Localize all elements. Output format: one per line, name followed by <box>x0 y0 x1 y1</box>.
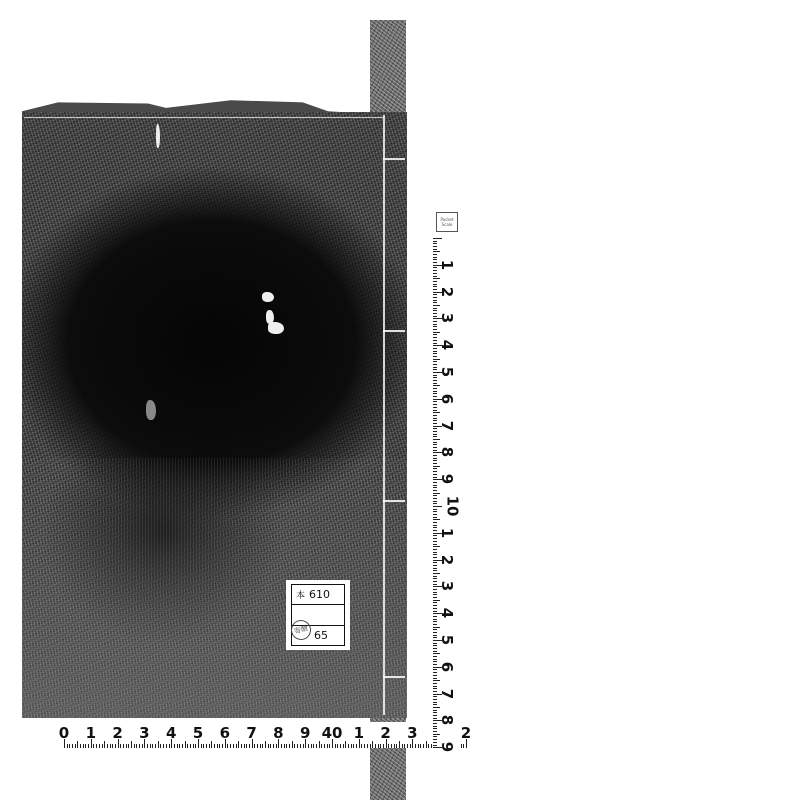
ruler-number: 1 <box>438 528 456 538</box>
ruler-tick <box>316 744 317 748</box>
ruler-tick <box>433 404 437 405</box>
ruler-number: 7 <box>246 724 256 742</box>
ruler-tick <box>433 645 437 646</box>
ruler-tick <box>433 284 437 285</box>
ruler-tick <box>433 624 437 625</box>
ruler-tick <box>345 741 346 748</box>
label-mark: 本 <box>296 588 305 601</box>
ruler-tick <box>433 273 437 274</box>
cover-damage-spot <box>268 322 284 334</box>
ruler-tick <box>433 251 440 252</box>
cover-border-line <box>24 117 384 118</box>
ruler-tick <box>433 423 437 424</box>
book-scan: 本 610 65 寄贈 01234567894012342 1234567891… <box>0 0 800 800</box>
ruler-tick <box>276 744 277 748</box>
ruler-tick <box>281 744 282 748</box>
ruler-number: 2 <box>380 724 390 742</box>
ruler-tick <box>77 741 78 748</box>
ruler-tick <box>433 407 437 408</box>
ruler-tick <box>433 584 437 585</box>
ruler-tick <box>433 589 437 590</box>
ruler-tick <box>433 276 437 277</box>
ruler-tick <box>249 744 250 748</box>
ruler-tick <box>433 686 437 687</box>
ruler-tick <box>433 605 437 606</box>
ruler-tick <box>433 257 437 258</box>
ruler-tick <box>238 741 239 748</box>
ruler-tick <box>433 731 437 732</box>
ruler-tick <box>433 495 437 496</box>
ruler-tick <box>433 286 437 287</box>
ruler-number: 0 <box>59 724 69 742</box>
ruler-number: 2 <box>438 554 456 564</box>
ruler-tick <box>433 680 440 681</box>
ruler-tick <box>433 415 437 416</box>
ruler-tick <box>433 259 437 260</box>
ruler-tick <box>433 745 437 746</box>
ruler-tick <box>147 744 148 748</box>
label-row-1: 本 610 <box>292 585 344 605</box>
ruler-tick <box>433 616 437 617</box>
ruler-tick <box>433 477 437 478</box>
ruler-tick <box>131 741 132 748</box>
ruler-number: 8 <box>273 724 283 742</box>
ruler-tick <box>433 653 440 654</box>
ruler-number: 5 <box>193 724 203 742</box>
ruler-tick <box>270 744 271 748</box>
ruler-tick <box>399 741 400 748</box>
ruler-tick <box>433 329 437 330</box>
ruler-tick <box>227 744 228 748</box>
ruler-number: 40 <box>322 724 343 742</box>
ruler-tick <box>433 525 437 526</box>
ruler-tick <box>152 744 153 748</box>
ruler-tick <box>433 568 437 569</box>
ruler-tick <box>426 741 427 748</box>
ruler-tick <box>308 744 309 748</box>
ruler-tick <box>433 302 437 303</box>
ruler-tick <box>209 744 210 748</box>
ruler-tick <box>433 635 437 636</box>
ruler-tick <box>433 294 437 295</box>
ruler-tick <box>415 744 416 748</box>
ruler-tick <box>433 541 437 542</box>
binding-stitch <box>383 500 405 502</box>
ruler-tick <box>433 546 440 547</box>
ruler-tick <box>136 744 137 748</box>
ruler-tick <box>433 326 437 327</box>
ruler-tick <box>177 744 178 748</box>
binding-stitch <box>383 676 405 678</box>
ruler-number: 6 <box>438 662 456 672</box>
ruler-tick <box>433 517 437 518</box>
ruler-tick <box>321 744 322 748</box>
ruler-tick <box>433 530 437 531</box>
ruler-tick <box>219 744 220 748</box>
ruler-tick <box>96 744 97 748</box>
binding-stitch <box>383 158 405 160</box>
ruler-tick <box>433 297 437 298</box>
ruler-tick <box>244 744 245 748</box>
ruler-tick <box>433 420 437 421</box>
ruler-tick <box>433 412 440 413</box>
ruler-number: 3 <box>139 724 149 742</box>
catalog-label: 本 610 65 <box>286 580 350 650</box>
ruler-tick <box>128 744 129 748</box>
ruler-tick <box>233 744 234 748</box>
ruler-brand-box: Pocket Scale <box>436 212 458 232</box>
ruler-tick <box>433 683 437 684</box>
ruler-tick <box>383 744 384 748</box>
ruler-tick <box>120 744 121 748</box>
ruler-tick <box>433 367 437 368</box>
ruler-tick <box>463 744 464 748</box>
ruler-tick <box>268 744 269 748</box>
ruler-tick <box>433 450 437 451</box>
ruler-tick <box>150 744 151 748</box>
ruler-number: 9 <box>438 742 456 752</box>
ruler-tick <box>174 744 175 748</box>
ruler-tick <box>110 744 111 748</box>
ruler-tick <box>433 434 437 435</box>
ruler-tick <box>214 744 215 748</box>
ruler-tick <box>433 337 437 338</box>
ruler-tick <box>433 659 437 660</box>
ruler-tick <box>410 744 411 748</box>
ruler-tick <box>433 353 437 354</box>
ruler-tick <box>433 334 437 335</box>
ruler-tick <box>433 474 437 475</box>
ruler-tick <box>433 324 437 325</box>
ruler-tick <box>187 744 188 748</box>
vertical-scale-ruler: 12345678910123456789 <box>433 212 459 748</box>
ruler-tick <box>388 744 389 748</box>
ruler-tick <box>236 744 237 748</box>
ruler-tick <box>211 741 212 748</box>
ruler-tick <box>433 549 437 550</box>
ruler-tick <box>433 466 440 467</box>
ruler-number: 2 <box>461 724 471 742</box>
ruler-tick <box>433 704 437 705</box>
ruler-tick <box>112 744 113 748</box>
ruler-tick <box>433 656 437 657</box>
ruler-tick <box>433 728 437 729</box>
ruler-tick <box>102 744 103 748</box>
ruler-tick <box>433 238 442 239</box>
ruler-tick <box>433 552 437 553</box>
ruler-number: 9 <box>438 474 456 484</box>
ruler-tick <box>67 744 68 748</box>
ruler-tick <box>104 741 105 748</box>
ruler-tick <box>433 410 437 411</box>
ruler-tick <box>433 369 437 370</box>
ruler-tick <box>179 744 180 748</box>
ruler-tick <box>294 744 295 748</box>
ruler-tick <box>356 744 357 748</box>
ruler-tick <box>335 744 336 748</box>
ruler-tick <box>433 675 437 676</box>
ruler-tick <box>433 712 437 713</box>
ruler-tick <box>182 744 183 748</box>
ruler-number: 5 <box>438 635 456 645</box>
ruler-tick <box>246 744 247 748</box>
ruler-tick <box>433 254 437 255</box>
ruler-tick <box>402 744 403 748</box>
ruler-tick <box>404 744 405 748</box>
ruler-tick <box>433 356 437 357</box>
ruler-tick <box>361 744 362 748</box>
ruler-tick <box>190 744 191 748</box>
ruler-tick <box>286 744 287 748</box>
ruler-tick <box>433 514 437 515</box>
ruler-number: 4 <box>438 608 456 618</box>
ruler-tick <box>433 702 437 703</box>
ruler-tick <box>262 744 263 748</box>
ruler-number: 5 <box>438 367 456 377</box>
ruler-tick <box>433 511 437 512</box>
ruler-tick <box>260 744 261 748</box>
ruler-tick <box>348 744 349 748</box>
ruler-tick <box>433 715 437 716</box>
ruler-tick <box>391 744 392 748</box>
ruler-tick <box>69 744 70 748</box>
ruler-tick <box>433 332 440 333</box>
ruler-number: 1 <box>86 724 96 742</box>
ruler-tick <box>433 503 437 504</box>
horizontal-scale-ruler: 01234567894012342 <box>56 722 452 748</box>
ruler-tick <box>433 340 437 341</box>
ruler-tick <box>433 691 437 692</box>
ruler-tick <box>433 375 437 376</box>
ruler-tick <box>241 744 242 748</box>
ruler-tick <box>423 744 424 748</box>
cover-worn-spot <box>146 400 156 420</box>
ruler-tick <box>433 594 437 595</box>
ruler-tick <box>433 313 437 314</box>
ruler-tick <box>327 744 328 748</box>
ruler-tick <box>265 741 266 748</box>
ruler-tick <box>99 744 100 748</box>
ruler-tick <box>123 744 124 748</box>
cover-damage-spot <box>262 292 274 302</box>
ruler-tick <box>433 343 437 344</box>
ruler-tick <box>134 744 135 748</box>
ruler-tick <box>433 696 437 697</box>
ruler-tick <box>324 744 325 748</box>
ruler-tick <box>433 289 437 290</box>
ruler-tick <box>166 744 167 748</box>
ruler-tick <box>433 527 437 528</box>
ruler-tick <box>93 744 94 748</box>
ruler-tick <box>343 744 344 748</box>
ruler-tick <box>292 741 293 748</box>
ruler-number: 2 <box>438 286 456 296</box>
ruler-tick <box>107 744 108 748</box>
ruler-tick <box>433 249 437 250</box>
ruler-tick <box>351 744 352 748</box>
ruler-tick <box>433 619 437 620</box>
ruler-number: 9 <box>300 724 310 742</box>
ruler-tick <box>420 744 421 748</box>
ruler-tick <box>203 744 204 748</box>
ruler-tick <box>433 431 437 432</box>
ruler-tick <box>433 621 437 622</box>
ruler-tick <box>433 637 437 638</box>
ruler-tick <box>319 741 320 748</box>
ruler-tick <box>337 744 338 748</box>
ruler-tick <box>85 744 86 748</box>
ruler-tick <box>433 436 437 437</box>
ruler-tick <box>433 538 437 539</box>
ruler-tick <box>433 661 437 662</box>
ruler-tick <box>257 744 258 748</box>
ruler-tick <box>169 744 170 748</box>
ruler-tick <box>367 744 368 748</box>
ruler-tick <box>297 744 298 748</box>
ruler-tick <box>433 418 437 419</box>
ruler-tick <box>80 744 81 748</box>
ruler-number: 4 <box>438 340 456 350</box>
ruler-tick <box>433 576 437 577</box>
ruler-tick <box>433 643 437 644</box>
ruler-tick <box>378 744 379 748</box>
ruler-tick <box>433 718 437 719</box>
label-call-number: 610 <box>309 588 330 601</box>
ruler-tick <box>433 281 437 282</box>
ruler-number: 3 <box>407 724 417 742</box>
ruler-tick <box>433 380 437 381</box>
ruler-number: 1 <box>438 260 456 270</box>
ruler-tick <box>433 278 440 279</box>
ruler-number: 4 <box>166 724 176 742</box>
ruler-number: 2 <box>112 724 122 742</box>
ruler-tick <box>433 361 437 362</box>
ruler-tick <box>380 744 381 748</box>
ruler-tick <box>126 744 127 748</box>
ruler-tick <box>284 744 285 748</box>
ruler-tick <box>433 493 440 494</box>
ruler-tick <box>433 241 437 242</box>
ruler-tick <box>115 744 116 748</box>
ruler-number: 7 <box>438 420 456 430</box>
ruler-tick <box>394 744 395 748</box>
ruler-tick <box>372 741 373 748</box>
ruler-tick <box>433 316 437 317</box>
ruler-tick <box>83 744 84 748</box>
ruler-tick <box>222 744 223 748</box>
ruler-tick <box>433 310 437 311</box>
ruler-tick <box>217 744 218 748</box>
ruler-tick <box>418 744 419 748</box>
ruler-tick <box>433 458 437 459</box>
ruler-tick <box>433 554 437 555</box>
ruler-tick <box>433 401 437 402</box>
ruler-tick <box>431 744 432 748</box>
ruler-tick <box>433 396 437 397</box>
ruler-tick <box>433 359 440 360</box>
ruler-tick <box>433 270 437 271</box>
ruler-tick <box>396 744 397 748</box>
cover-scratch <box>156 124 160 148</box>
ruler-number: 8 <box>438 715 456 725</box>
ruler-tick <box>142 744 143 748</box>
ruler-tick <box>433 351 437 352</box>
ruler-tick <box>201 744 202 748</box>
ruler-tick <box>433 535 437 536</box>
ruler-tick <box>433 485 437 486</box>
ruler-tick <box>433 664 437 665</box>
ruler-tick <box>340 744 341 748</box>
ruler-number: 10 <box>443 496 461 517</box>
ruler-tick <box>433 447 437 448</box>
ruler-tick <box>433 688 437 689</box>
ruler-tick <box>433 544 437 545</box>
ruler-tick <box>433 364 437 365</box>
ruler-tick <box>433 471 437 472</box>
ruler-tick <box>433 444 437 445</box>
ruler-tick <box>433 600 440 601</box>
ruler-tick <box>433 726 437 727</box>
ruler-tick <box>433 608 437 609</box>
ruler-tick <box>433 632 437 633</box>
ruler-tick <box>433 578 437 579</box>
ruler-tick <box>433 391 437 392</box>
ruler-tick <box>185 741 186 748</box>
ruler-tick <box>433 246 437 247</box>
ruler-tick <box>433 592 437 593</box>
ruler-tick <box>433 300 437 301</box>
ruler-tick <box>433 597 437 598</box>
ruler-tick <box>433 629 437 630</box>
ruler-tick <box>433 672 437 673</box>
ruler-tick <box>303 744 304 748</box>
ruler-tick <box>289 744 290 748</box>
ruler-tick <box>433 648 437 649</box>
ruler-tick <box>433 506 442 507</box>
ruler-tick <box>375 744 376 748</box>
ruler-tick <box>139 744 140 748</box>
ruler-tick <box>433 602 437 603</box>
ruler-tick <box>433 377 437 378</box>
ruler-tick <box>433 388 437 389</box>
ruler-tick <box>433 699 437 700</box>
ruler-tick <box>158 741 159 748</box>
ruler-tick <box>407 744 408 748</box>
ruler-number: 7 <box>438 688 456 698</box>
ruler-number: 8 <box>438 447 456 457</box>
ruler-tick <box>433 487 437 488</box>
ruler-tick <box>433 707 440 708</box>
ruler-tick <box>433 305 440 306</box>
ruler-tick <box>195 744 196 748</box>
ruler-tick <box>433 557 437 558</box>
ruler-tick <box>433 383 437 384</box>
ruler-tick <box>433 455 437 456</box>
ruler-tick <box>313 744 314 748</box>
ruler-tick <box>433 348 437 349</box>
ruler-tick <box>88 744 89 748</box>
ruler-tick <box>433 428 437 429</box>
ruler-tick <box>433 742 437 743</box>
ruler-tick <box>428 744 429 748</box>
ruler-tick <box>433 736 437 737</box>
ruler-tick <box>230 744 231 748</box>
ruler-tick <box>311 744 312 748</box>
ruler-tick <box>433 308 437 309</box>
ruler-tick <box>433 385 440 386</box>
ruler-tick <box>329 744 330 748</box>
ruler-tick <box>370 744 371 748</box>
